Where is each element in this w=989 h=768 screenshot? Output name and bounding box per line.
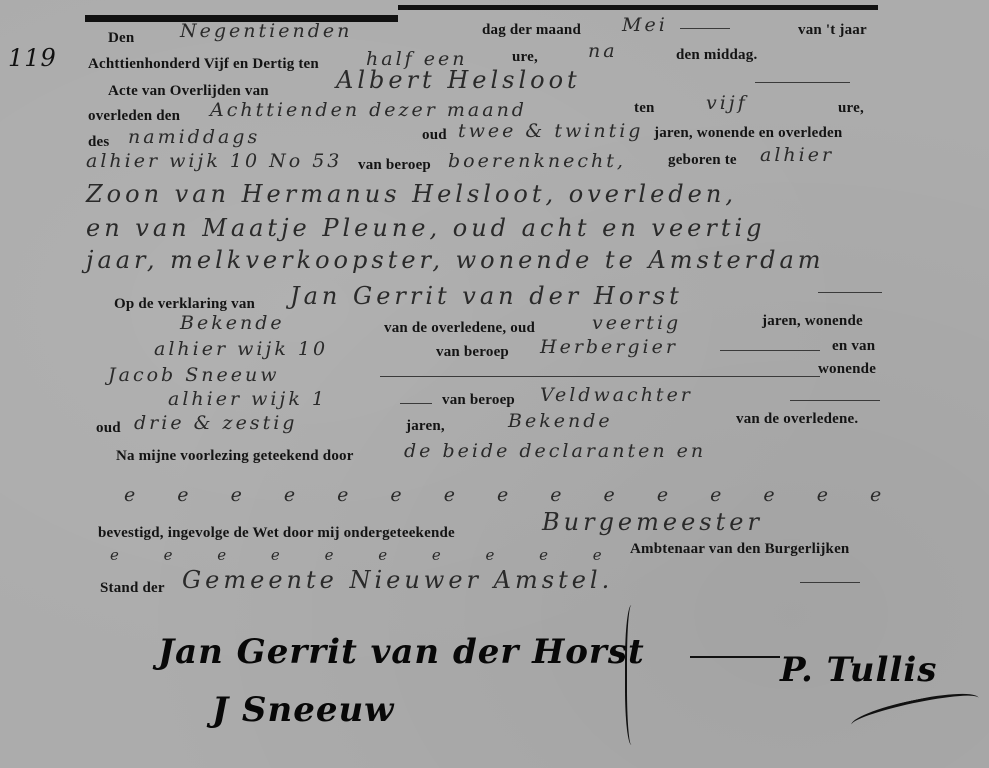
printed-den-middag: den middag. [676,47,757,64]
filler-line [818,292,882,293]
handwritten-witness2-age: drie & zestig [134,412,297,434]
filler-line [800,582,860,583]
document-page: 119 Den Negentienden dag der maand Mei v… [0,0,989,768]
filler-line [380,376,820,377]
handwritten-filler-1: e e e e e e e e e e e e e e e [124,484,899,506]
printed-year: Achttienhonderd Vijf en Dertig ten [88,56,319,73]
handwritten-death-day: Achttienden dezer maand [210,99,527,121]
handwritten-residence: alhier wijk 10 No 53 [86,150,342,172]
handwritten-witness1-relation: Bekende [180,312,285,334]
handwritten-witness2-residence: alhier wijk 1 [168,388,327,410]
printed-van-beroep: van beroep [358,157,431,174]
printed-jaren-wonende: jaren, wonende en overleden [654,125,842,142]
printed-ten: ten [634,100,655,117]
handwritten-daypart: namiddags [128,126,260,148]
handwritten-birthplace: alhier [760,144,834,166]
filler-line [720,350,820,351]
handwritten-witness1-residence: alhier wijk 10 [154,338,328,360]
printed-ure: ure, [512,49,538,66]
printed-oud: oud [422,127,447,144]
handwritten-occupation: boerenknecht, [448,150,626,172]
printed-dag-der-maand: dag der maand [482,22,581,39]
handwritten-na: na [588,40,618,62]
signature-brace [625,605,641,745]
handwritten-witness1-name: Jan Gerrit van der Horst [290,282,683,310]
handwritten-month: Mei [622,14,668,36]
printed-jaren: jaren, [406,418,445,435]
printed-na-mijne: Na mijne voorlezing geteekend door [116,448,354,465]
printed-stand-der: Stand der [100,580,165,597]
filler-line [400,403,432,404]
handwritten-witness1-occupation: Herbergier [540,336,678,358]
printed-des: des [88,134,109,151]
handwritten-municipality: Gemeente Nieuwer Amstel. [182,566,613,594]
handwritten-parents-line2: en van Maatje Pleune, oud acht en veerti… [86,214,766,242]
handwritten-deceased-name: Albert Helsloot [336,66,581,94]
handwritten-age: twee & twintig [458,120,643,142]
printed-oud-2: oud [96,420,121,437]
printed-ambtenaar: Ambtenaar van den Burgerlijken [630,541,849,558]
filler-line [755,82,850,83]
header-rule-right [398,5,878,10]
signature-flourish [849,687,981,737]
printed-den: Den [108,30,134,47]
printed-van-beroep-3: van beroep [442,392,515,409]
signature-witness1: Jan Gerrit van der Horst [158,632,645,672]
printed-jaren-wonende-2: jaren, wonende [762,313,863,330]
handwritten-death-hour: vijf [706,92,748,114]
printed-acte-van: Acte van Overlijden van [108,83,269,100]
printed-van-de-overledene-end: van de overledene. [736,411,858,428]
handwritten-filler-2: e e e e e e e e e e [110,546,622,564]
handwritten-witness1-age: veertig [592,312,681,334]
signature-line [690,656,780,658]
printed-op-de-verklaring: Op de verklaring van [114,296,255,313]
printed-overleden-den: overleden den [88,108,180,125]
handwritten-day: Negentienden [180,20,352,42]
printed-wonende: wonende [818,361,876,378]
handwritten-signed-by: de beide declaranten en [404,440,706,462]
handwritten-witness2-relation: Bekende [508,410,613,432]
record-number: 119 [8,44,57,72]
handwritten-parents-line1: Zoon van Hermanus Helsloot, overleden, [86,180,737,208]
printed-van-t-jaar: van 't jaar [798,22,867,39]
printed-van-de-overledene-oud: van de overledene, oud [384,320,535,337]
printed-en-van: en van [832,338,875,355]
filler-line [790,400,880,401]
filler-line [680,28,730,29]
printed-geboren-te: geboren te [668,152,737,169]
handwritten-official-title: Burgemeester [542,508,763,536]
handwritten-witness2-occupation: Veldwachter [540,384,693,406]
printed-van-beroep-2: van beroep [436,344,509,361]
signature-witness2: J Sneeuw [212,690,394,730]
handwritten-witness2-name: Jacob Sneeuw [108,364,279,386]
signature-official: P. Tullis [780,650,937,690]
handwritten-parents-line3: jaar, melkverkoopster, wonende te Amster… [86,246,825,274]
printed-ure-2: ure, [838,100,864,117]
printed-bevestigd: bevestigd, ingevolge de Wet door mij ond… [98,525,455,542]
